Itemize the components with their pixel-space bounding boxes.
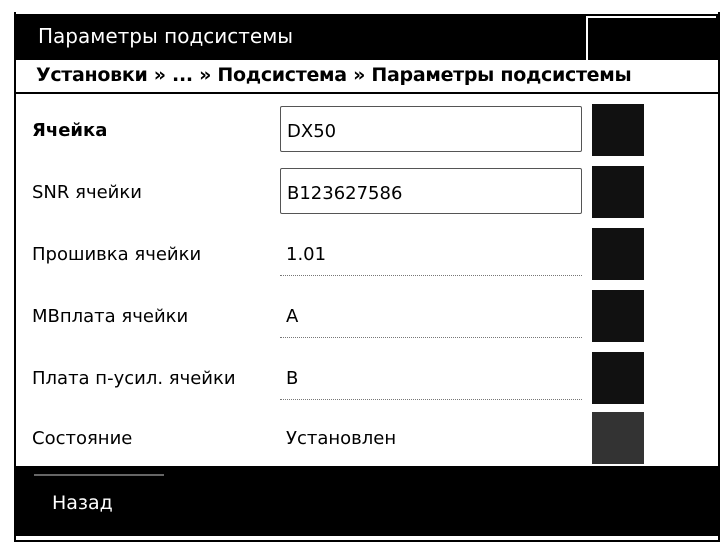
window-title: Параметры подсистемы xyxy=(38,24,293,48)
breadcrumb: Установки » ... » Подсистема » Параметры… xyxy=(36,64,631,86)
param-label: Ячейка xyxy=(32,120,107,141)
param-label: Плата п-усил. ячейки xyxy=(32,368,236,389)
param-value: Установлен xyxy=(280,414,582,460)
param-label: SNR ячейки xyxy=(32,182,142,203)
title-action-button[interactable] xyxy=(586,16,716,60)
param-value-field[interactable]: DX50 xyxy=(280,106,582,152)
param-row-snr: SNR ячейки B123627586 xyxy=(16,162,706,224)
param-edit-button[interactable] xyxy=(592,412,644,464)
param-edit-button[interactable] xyxy=(592,290,644,342)
param-edit-button[interactable] xyxy=(592,166,644,218)
param-row-preamp-board: Плата п-усил. ячейки B xyxy=(16,348,706,410)
param-value-field[interactable]: B123627586 xyxy=(280,168,582,214)
breadcrumb-divider xyxy=(16,92,718,94)
param-value: 1.01 xyxy=(280,230,582,276)
param-row-firmware: Прошивка ячейки 1.01 xyxy=(16,224,706,286)
back-button[interactable]: Назад xyxy=(52,492,113,514)
param-row-status: Состояние Установлен xyxy=(16,408,706,470)
param-label: Прошивка ячейки xyxy=(32,244,201,265)
param-label: МВплата ячейки xyxy=(32,306,188,327)
footer-divider xyxy=(34,474,164,476)
param-edit-button[interactable] xyxy=(592,228,644,280)
title-bar: Параметры подсистемы xyxy=(16,14,718,60)
param-edit-button[interactable] xyxy=(592,104,644,156)
param-value: A xyxy=(280,292,582,338)
param-row-mainboard: МВплата ячейки A xyxy=(16,286,706,348)
param-edit-button[interactable] xyxy=(592,352,644,404)
param-value: B xyxy=(280,354,582,400)
footer-bar: Назад xyxy=(16,466,718,536)
param-row-cell: Ячейка DX50 xyxy=(16,100,706,162)
param-label: Состояние xyxy=(32,428,132,449)
